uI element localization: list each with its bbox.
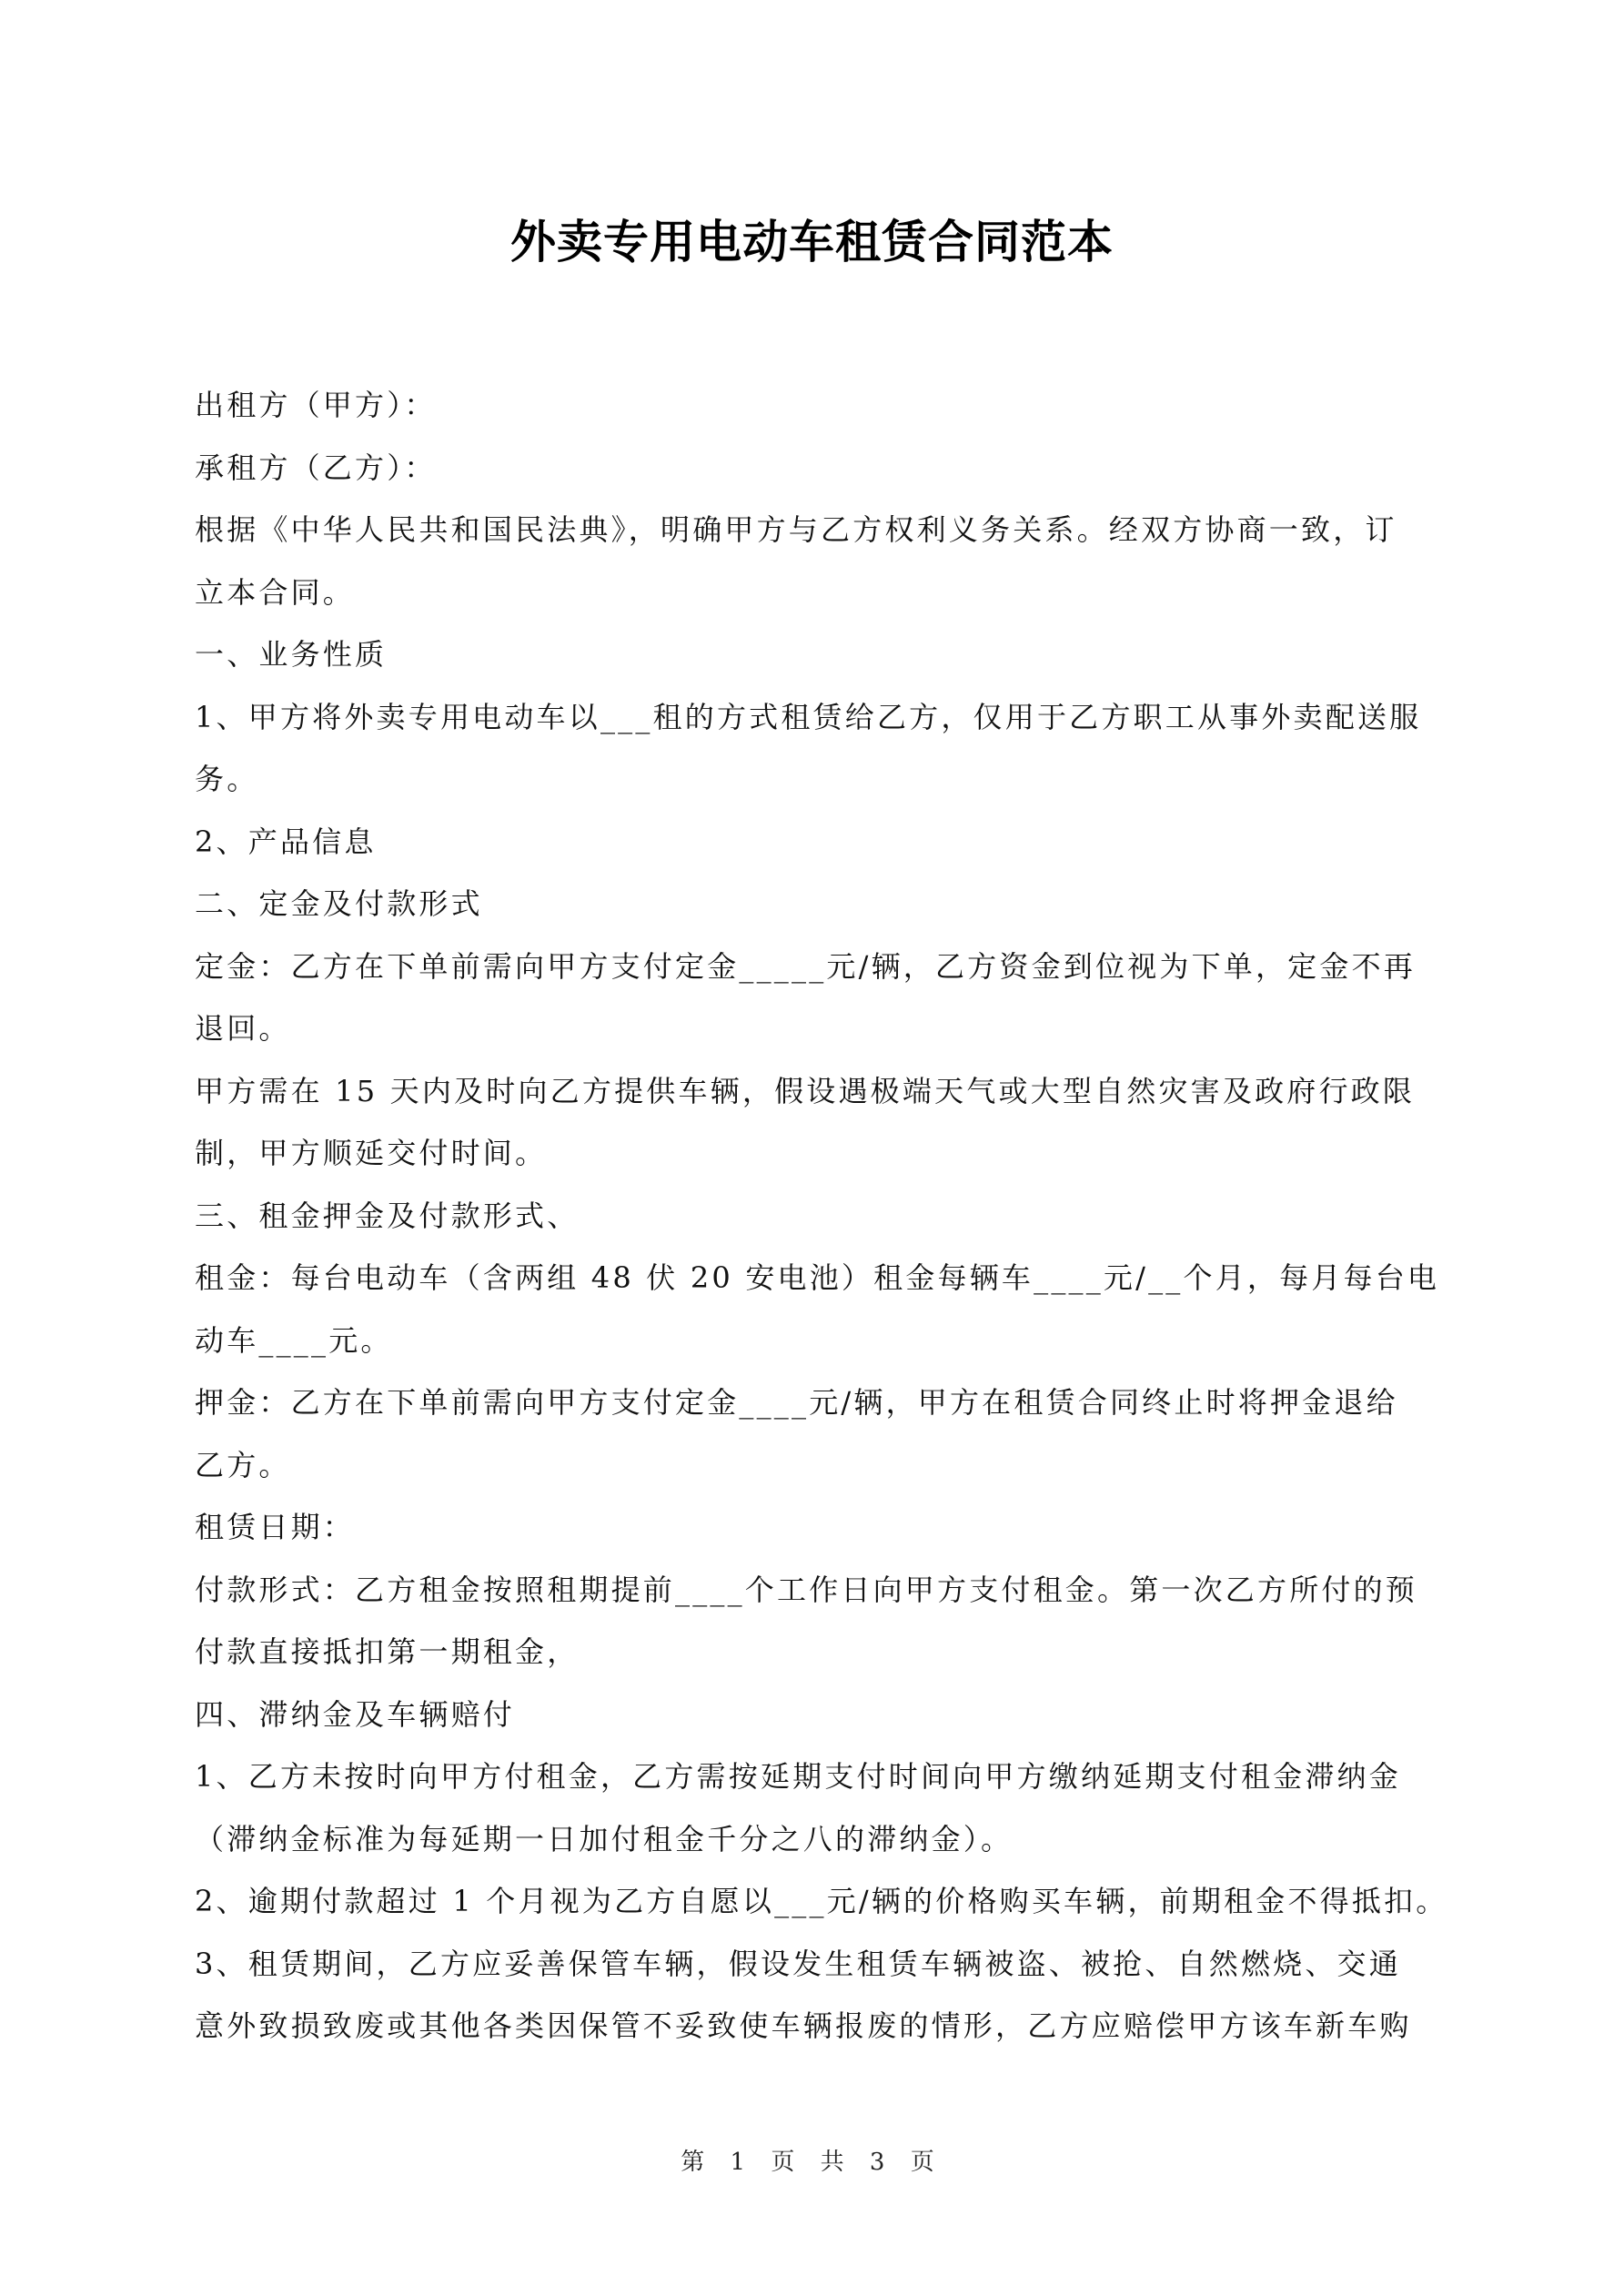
paragraph-line: 1、甲方将外卖专用电动车以___租的方式租赁给乙方，仅用于乙方职工从事外卖配送服 xyxy=(195,694,1432,757)
document-title: 外卖专用电动车租赁合同范本 xyxy=(0,206,1624,271)
paragraph-line: 定金：乙方在下单前需向甲方支付定金_____元/辆，乙方资金到位视为下单，定金不… xyxy=(195,944,1432,1006)
paragraph-line: 租赁日期： xyxy=(195,1504,1432,1567)
paragraph-line: 意外致损致废或其他各类因保管不妥致使车辆报废的情形，乙方应赔偿甲方该车新车购 xyxy=(195,2003,1432,2066)
paragraph-line: 3、租赁期间，乙方应妥善保管车辆，假设发生租赁车辆被盗、被抢、自然燃烧、交通 xyxy=(195,1941,1432,2004)
clause-lessor: 出租方（甲方）： xyxy=(195,382,1432,445)
paragraph-line: 甲方需在 15 天内及时向乙方提供车辆，假设遇极端天气或大型自然灾害及政府行政限 xyxy=(195,1068,1432,1131)
paragraph-line: 2、产品信息 xyxy=(195,819,1432,882)
paragraph-line: 动车____元。 xyxy=(195,1318,1432,1381)
paragraph-line: 租金：每台电动车（含两组 48 伏 20 安电池）租金每辆车____元/__个月… xyxy=(195,1255,1432,1318)
paragraph-line: 1、乙方未按时向甲方付租金，乙方需按延期支付时间向甲方缴纳延期支付租金滞纳金 xyxy=(195,1754,1432,1816)
clause-lessee: 承租方（乙方）： xyxy=(195,445,1432,508)
preamble-line-2: 立本合同。 xyxy=(195,570,1432,632)
paragraph-line: 2、逾期付款超过 1 个月视为乙方自愿以___元/辆的价格购买车辆，前期租金不得… xyxy=(195,1878,1432,1941)
paragraph-line: （滞纳金标准为每延期一日加付租金千分之八的滞纳金）。 xyxy=(195,1816,1432,1879)
page-number-footer: 第 1 页 共 3 页 xyxy=(0,2143,1624,2177)
section-heading-1: 一、业务性质 xyxy=(195,632,1432,694)
section-heading-4: 四、滞纳金及车辆赔付 xyxy=(195,1692,1432,1755)
paragraph-line: 退回。 xyxy=(195,1006,1432,1068)
document-page: 外卖专用电动车租赁合同范本 出租方（甲方）： 承租方（乙方）： 根据《中华人民共… xyxy=(0,0,1624,2296)
section-heading-2: 二、定金及付款形式 xyxy=(195,881,1432,944)
paragraph-line: 押金：乙方在下单前需向甲方支付定金____元/辆，甲方在租赁合同终止时将押金退给 xyxy=(195,1380,1432,1442)
paragraph-line: 制，甲方顺延交付时间。 xyxy=(195,1130,1432,1193)
paragraph-line: 付款直接抵扣第一期租金， xyxy=(195,1629,1432,1692)
preamble-line-1: 根据《中华人民共和国民法典》，明确甲方与乙方权利义务关系。经双方协商一致，订 xyxy=(195,507,1432,570)
paragraph-line: 务。 xyxy=(195,756,1432,819)
paragraph-line: 乙方。 xyxy=(195,1442,1432,1505)
document-body: 出租方（甲方）： 承租方（乙方）： 根据《中华人民共和国民法典》，明确甲方与乙方… xyxy=(195,382,1432,2066)
section-heading-3: 三、租金押金及付款形式、 xyxy=(195,1193,1432,1256)
paragraph-line: 付款形式：乙方租金按照租期提前____个工作日向甲方支付租金。第一次乙方所付的预 xyxy=(195,1567,1432,1630)
